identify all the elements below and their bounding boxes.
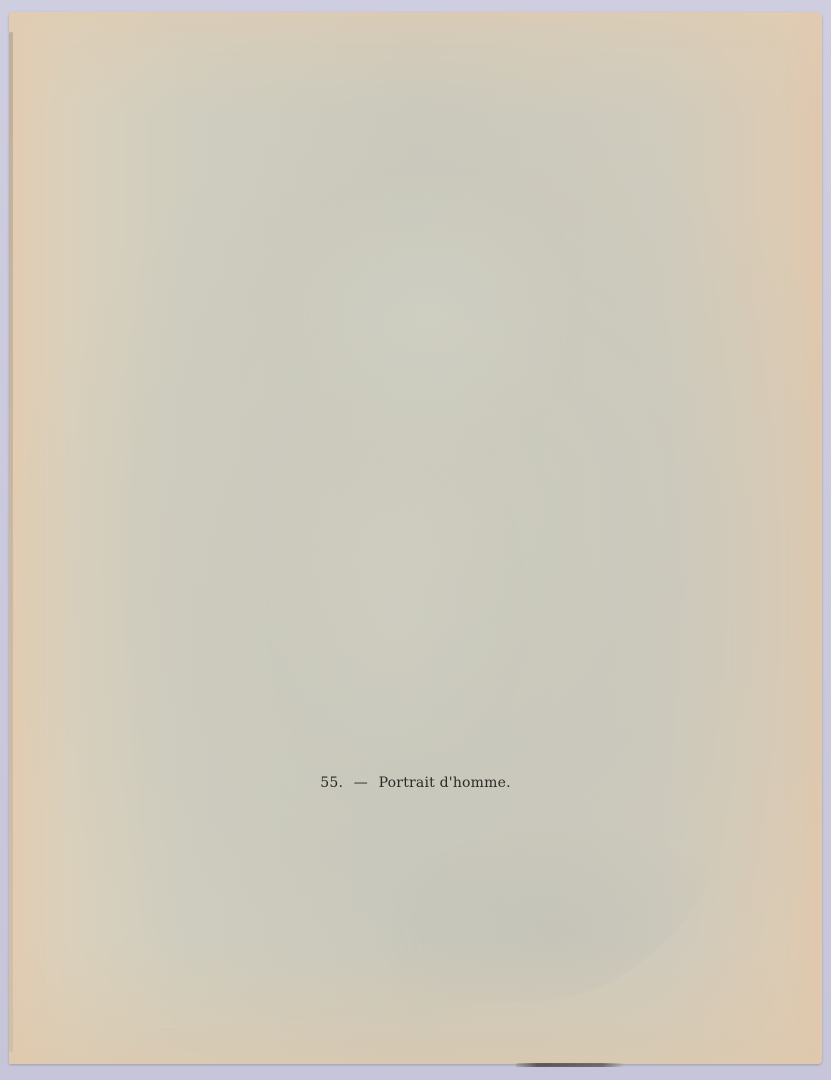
paper-sheet: 55. — Portrait d'homme.	[9, 12, 822, 1064]
paper-tear-mark	[516, 1063, 624, 1067]
plate-caption: 55. — Portrait d'homme.	[9, 775, 822, 791]
faded-plate-image	[99, 122, 759, 1002]
deckle-edge	[9, 32, 13, 1052]
caption-separator: —	[354, 775, 368, 791]
plate-number: 55.	[320, 775, 343, 791]
plate-title: Portrait d'homme.	[379, 775, 511, 791]
